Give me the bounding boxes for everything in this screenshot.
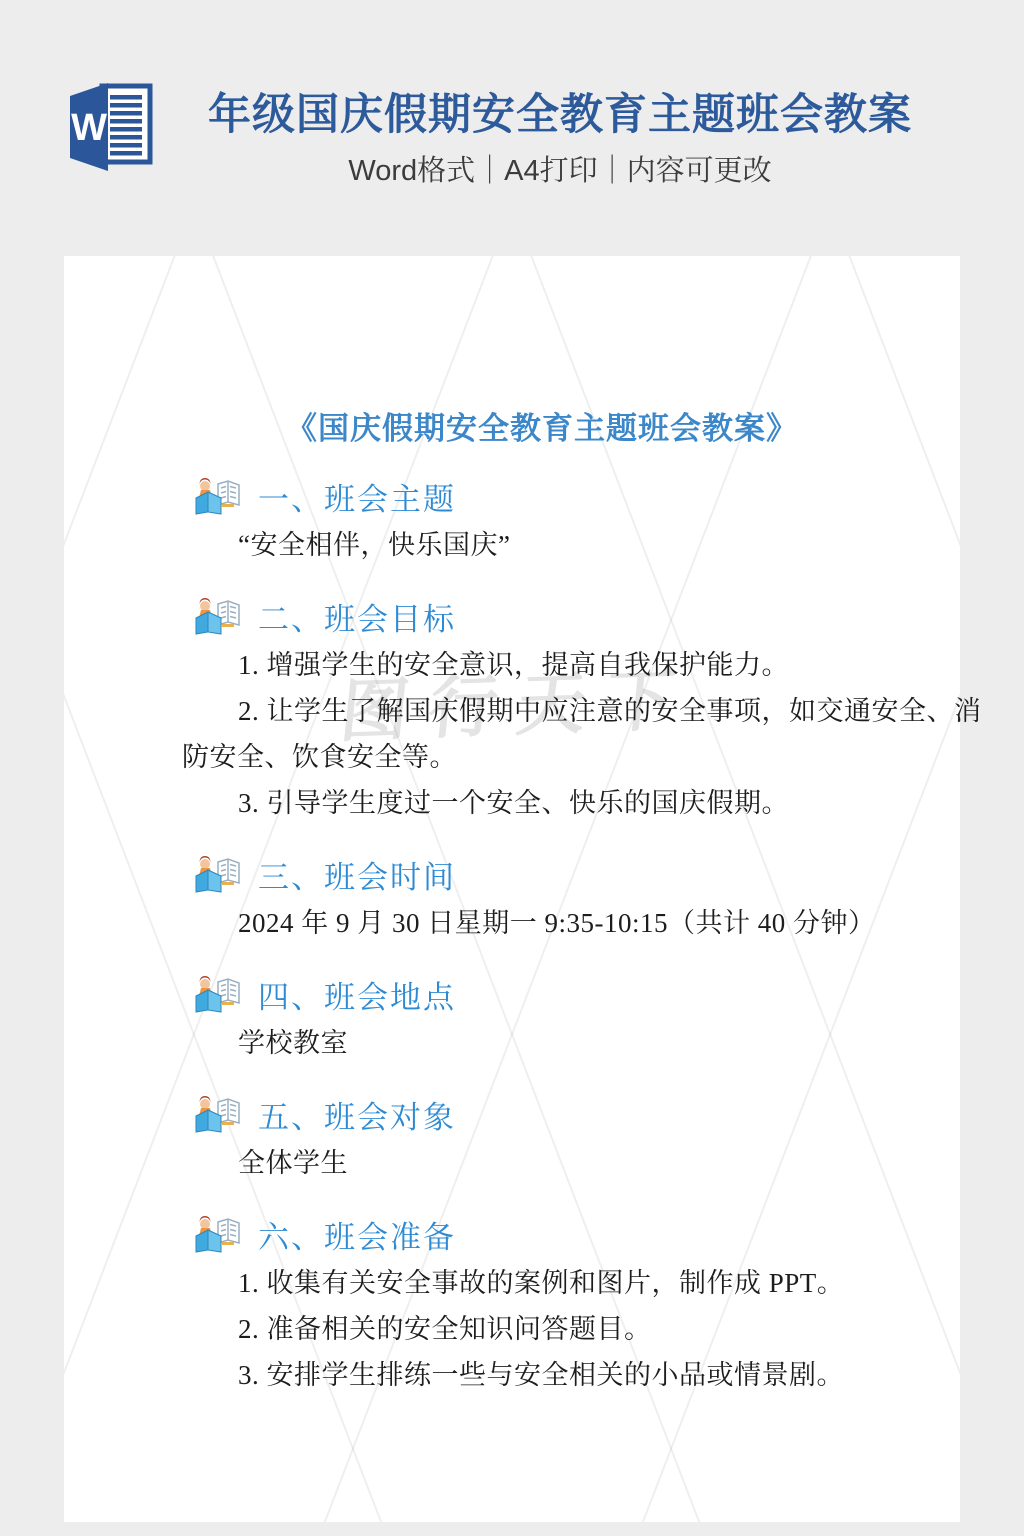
document-section: 五、班会对象 全体学生 xyxy=(182,1094,842,1186)
document-preview-card[interactable]: 图行天下 《国庆假期安全教育主题班会教案》 xyxy=(64,256,960,1522)
reading-child-icon xyxy=(194,1094,242,1134)
body-line: 防安全、饮食安全等。 xyxy=(182,734,842,780)
page-subtitle: Word格式｜A4打印｜内容可更改 xyxy=(170,156,950,188)
document-section: 一、班会主题 “安全相伴，快乐国庆” xyxy=(182,476,842,568)
section-heading: 一、班会主题 xyxy=(258,474,456,519)
section-heading-row: 二、班会目标 xyxy=(194,596,842,636)
section-body: 学校教室 xyxy=(182,1020,842,1066)
word-file-icon: W xyxy=(60,78,160,174)
body-line: 全体学生 xyxy=(182,1140,842,1186)
document-body: 《国庆假期安全教育主题班会教案》 xyxy=(64,256,960,1398)
section-heading: 二、班会目标 xyxy=(258,594,456,639)
body-line: 2. 让学生了解国庆假期中应注意的安全事项，如交通安全、消 xyxy=(182,688,842,734)
reading-child-icon xyxy=(194,476,242,516)
section-heading-row: 一、班会主题 xyxy=(194,476,842,516)
document-sections: 一、班会主题 “安全相伴，快乐国庆” xyxy=(182,476,842,1398)
body-line: “安全相伴，快乐国庆” xyxy=(182,522,842,568)
body-line: 2. 准备相关的安全知识问答题目。 xyxy=(182,1306,842,1352)
reading-child-icon xyxy=(194,596,242,636)
reading-child-icon xyxy=(194,974,242,1014)
section-body: 1. 收集有关安全事故的案例和图片，制作成 PPT。2. 准备相关的安全知识问答… xyxy=(182,1260,842,1398)
section-body: 全体学生 xyxy=(182,1140,842,1186)
section-heading-row: 三、班会时间 xyxy=(194,854,842,894)
section-heading-row: 六、班会准备 xyxy=(194,1214,842,1254)
document-title: 《国庆假期安全教育主题班会教案》 xyxy=(212,403,872,448)
section-body: 2024 年 9 月 30 日星期一 9:35-10:15（共计 40 分钟） xyxy=(182,900,842,946)
header-text-block: 年级国庆假期安全教育主题班会教案 Word格式｜A4打印｜内容可更改 xyxy=(170,92,950,188)
body-line: 1. 收集有关安全事故的案例和图片，制作成 PPT。 xyxy=(182,1260,842,1306)
document-section: 四、班会地点 学校教室 xyxy=(182,974,842,1066)
section-heading: 四、班会地点 xyxy=(258,972,456,1017)
page-title: 年级国庆假期安全教育主题班会教案 xyxy=(170,92,950,139)
body-line: 学校教室 xyxy=(182,1020,842,1066)
section-body: “安全相伴，快乐国庆” xyxy=(182,522,842,568)
word-letter: W xyxy=(71,107,107,149)
body-line: 2024 年 9 月 30 日星期一 9:35-10:15（共计 40 分钟） xyxy=(182,900,842,946)
section-body: 1. 增强学生的安全意识，提高自我保护能力。2. 让学生了解国庆假期中应注意的安… xyxy=(182,642,842,826)
reading-child-icon xyxy=(194,854,242,894)
section-heading-row: 五、班会对象 xyxy=(194,1094,842,1134)
template-page-header: W 年级国庆假期安全教育主题班会教案 Word格式｜A4打印｜内容可更改 xyxy=(0,0,1024,256)
section-heading: 六、班会准备 xyxy=(258,1212,456,1257)
body-line: 1. 增强学生的安全意识，提高自我保护能力。 xyxy=(182,642,842,688)
section-heading-row: 四、班会地点 xyxy=(194,974,842,1014)
section-heading: 三、班会时间 xyxy=(258,852,456,897)
document-section: 三、班会时间 2024 年 9 月 30 日星期一 9:35-10:15（共计 … xyxy=(182,854,842,946)
body-line: 3. 引导学生度过一个安全、快乐的国庆假期。 xyxy=(182,780,842,826)
document-section: 六、班会准备 1. 收集有关安全事故的案例和图片，制作成 PPT。2. 准备相关… xyxy=(182,1214,842,1398)
body-line: 3. 安排学生排练一些与安全相关的小品或情景剧。 xyxy=(182,1352,842,1398)
section-heading: 五、班会对象 xyxy=(258,1092,456,1137)
reading-child-icon xyxy=(194,1214,242,1254)
document-section: 二、班会目标 1. 增强学生的安全意识，提高自我保护能力。2. 让学生了解国庆假… xyxy=(182,596,842,826)
